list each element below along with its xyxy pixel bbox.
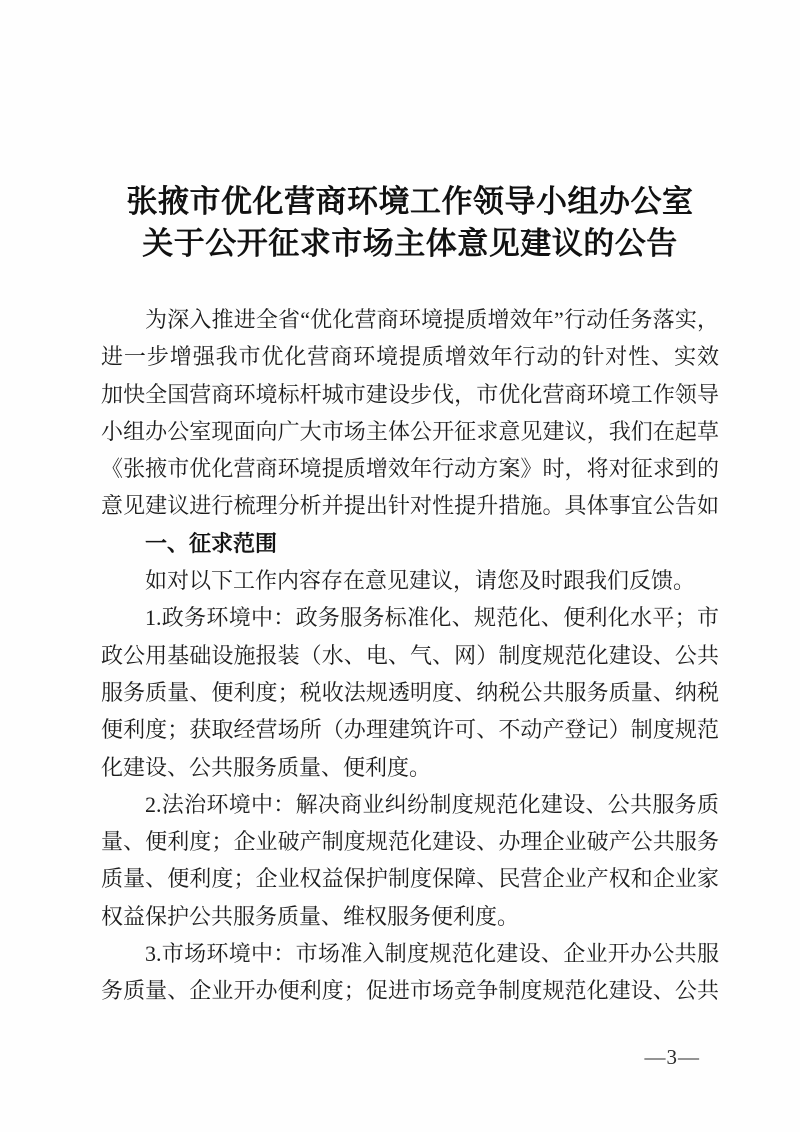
document-line: 2.法治环境中：解决商业纠纷制度规范化建设、公共服务质 bbox=[101, 786, 719, 823]
document-line: 服务质量、便利度；税收法规透明度、纳税公共服务质量、纳税 bbox=[101, 674, 719, 711]
document-line: 量、便利度；企业破产制度规范化建设、办理企业破产公共服务 bbox=[101, 823, 719, 860]
document-line: 质量、便利度；企业权益保护制度保障、民营企业产权和企业家 bbox=[101, 860, 719, 897]
document-line: 为深入推进全省“优化营商环境提质增效年”行动任务落实， bbox=[101, 301, 719, 338]
document-line: 进一步增强我市优化营商环境提质增效年行动的针对性、实效性， bbox=[101, 338, 719, 375]
document-line: 政公用基础设施报装（水、电、气、网）制度规范化建设、公共 bbox=[101, 637, 719, 674]
page-number: —3— bbox=[645, 1044, 701, 1070]
document-title-line-2: 关于公开征求市场主体意见建议的公告 bbox=[101, 223, 719, 265]
document-line: 如对以下工作内容存在意见建议，请您及时跟我们反馈。 bbox=[101, 562, 719, 599]
document-line: 便利度；获取经营场所（办理建筑许可、不动产登记）制度规范 bbox=[101, 711, 719, 748]
document-line: 《张掖市优化营商环境提质增效年行动方案》时，将对征求到的 bbox=[101, 450, 719, 487]
document-body: 为深入推进全省“优化营商环境提质增效年”行动任务落实， 进一步增强我市优化营商环… bbox=[101, 301, 719, 1010]
document-line: 1.政务环境中：政务服务标准化、规范化、便利化水平；市 bbox=[101, 599, 719, 636]
document-line: 一、征求范围 bbox=[101, 525, 719, 562]
document-line: 意见建议进行梳理分析并提出针对性提升措施。具体事宜公告如下。 bbox=[101, 487, 719, 524]
document-line: 加快全国营商环境标杆城市建设步伐，市优化营商环境工作领导 bbox=[101, 376, 719, 413]
document-line: 化建设、公共服务质量、便利度。 bbox=[101, 749, 719, 786]
document-line: 务质量、企业开办便利度；促进市场竞争制度规范化建设、公共 bbox=[101, 972, 719, 1009]
document-title: 张掖市优化营商环境工作领导小组办公室 关于公开征求市场主体意见建议的公告 bbox=[101, 181, 719, 265]
document-line: 权益保护公共服务质量、维权服务便利度。 bbox=[101, 898, 719, 935]
document-line: 3.市场环境中：市场准入制度规范化建设、企业开办公共服 bbox=[101, 935, 719, 972]
document-page: 张掖市优化营商环境工作领导小组办公室 关于公开征求市场主体意见建议的公告 为深入… bbox=[0, 0, 800, 1132]
document-line: 小组办公室现面向广大市场主体公开征求意见建议，我们在起草 bbox=[101, 413, 719, 450]
document-title-line-1: 张掖市优化营商环境工作领导小组办公室 bbox=[101, 181, 719, 223]
